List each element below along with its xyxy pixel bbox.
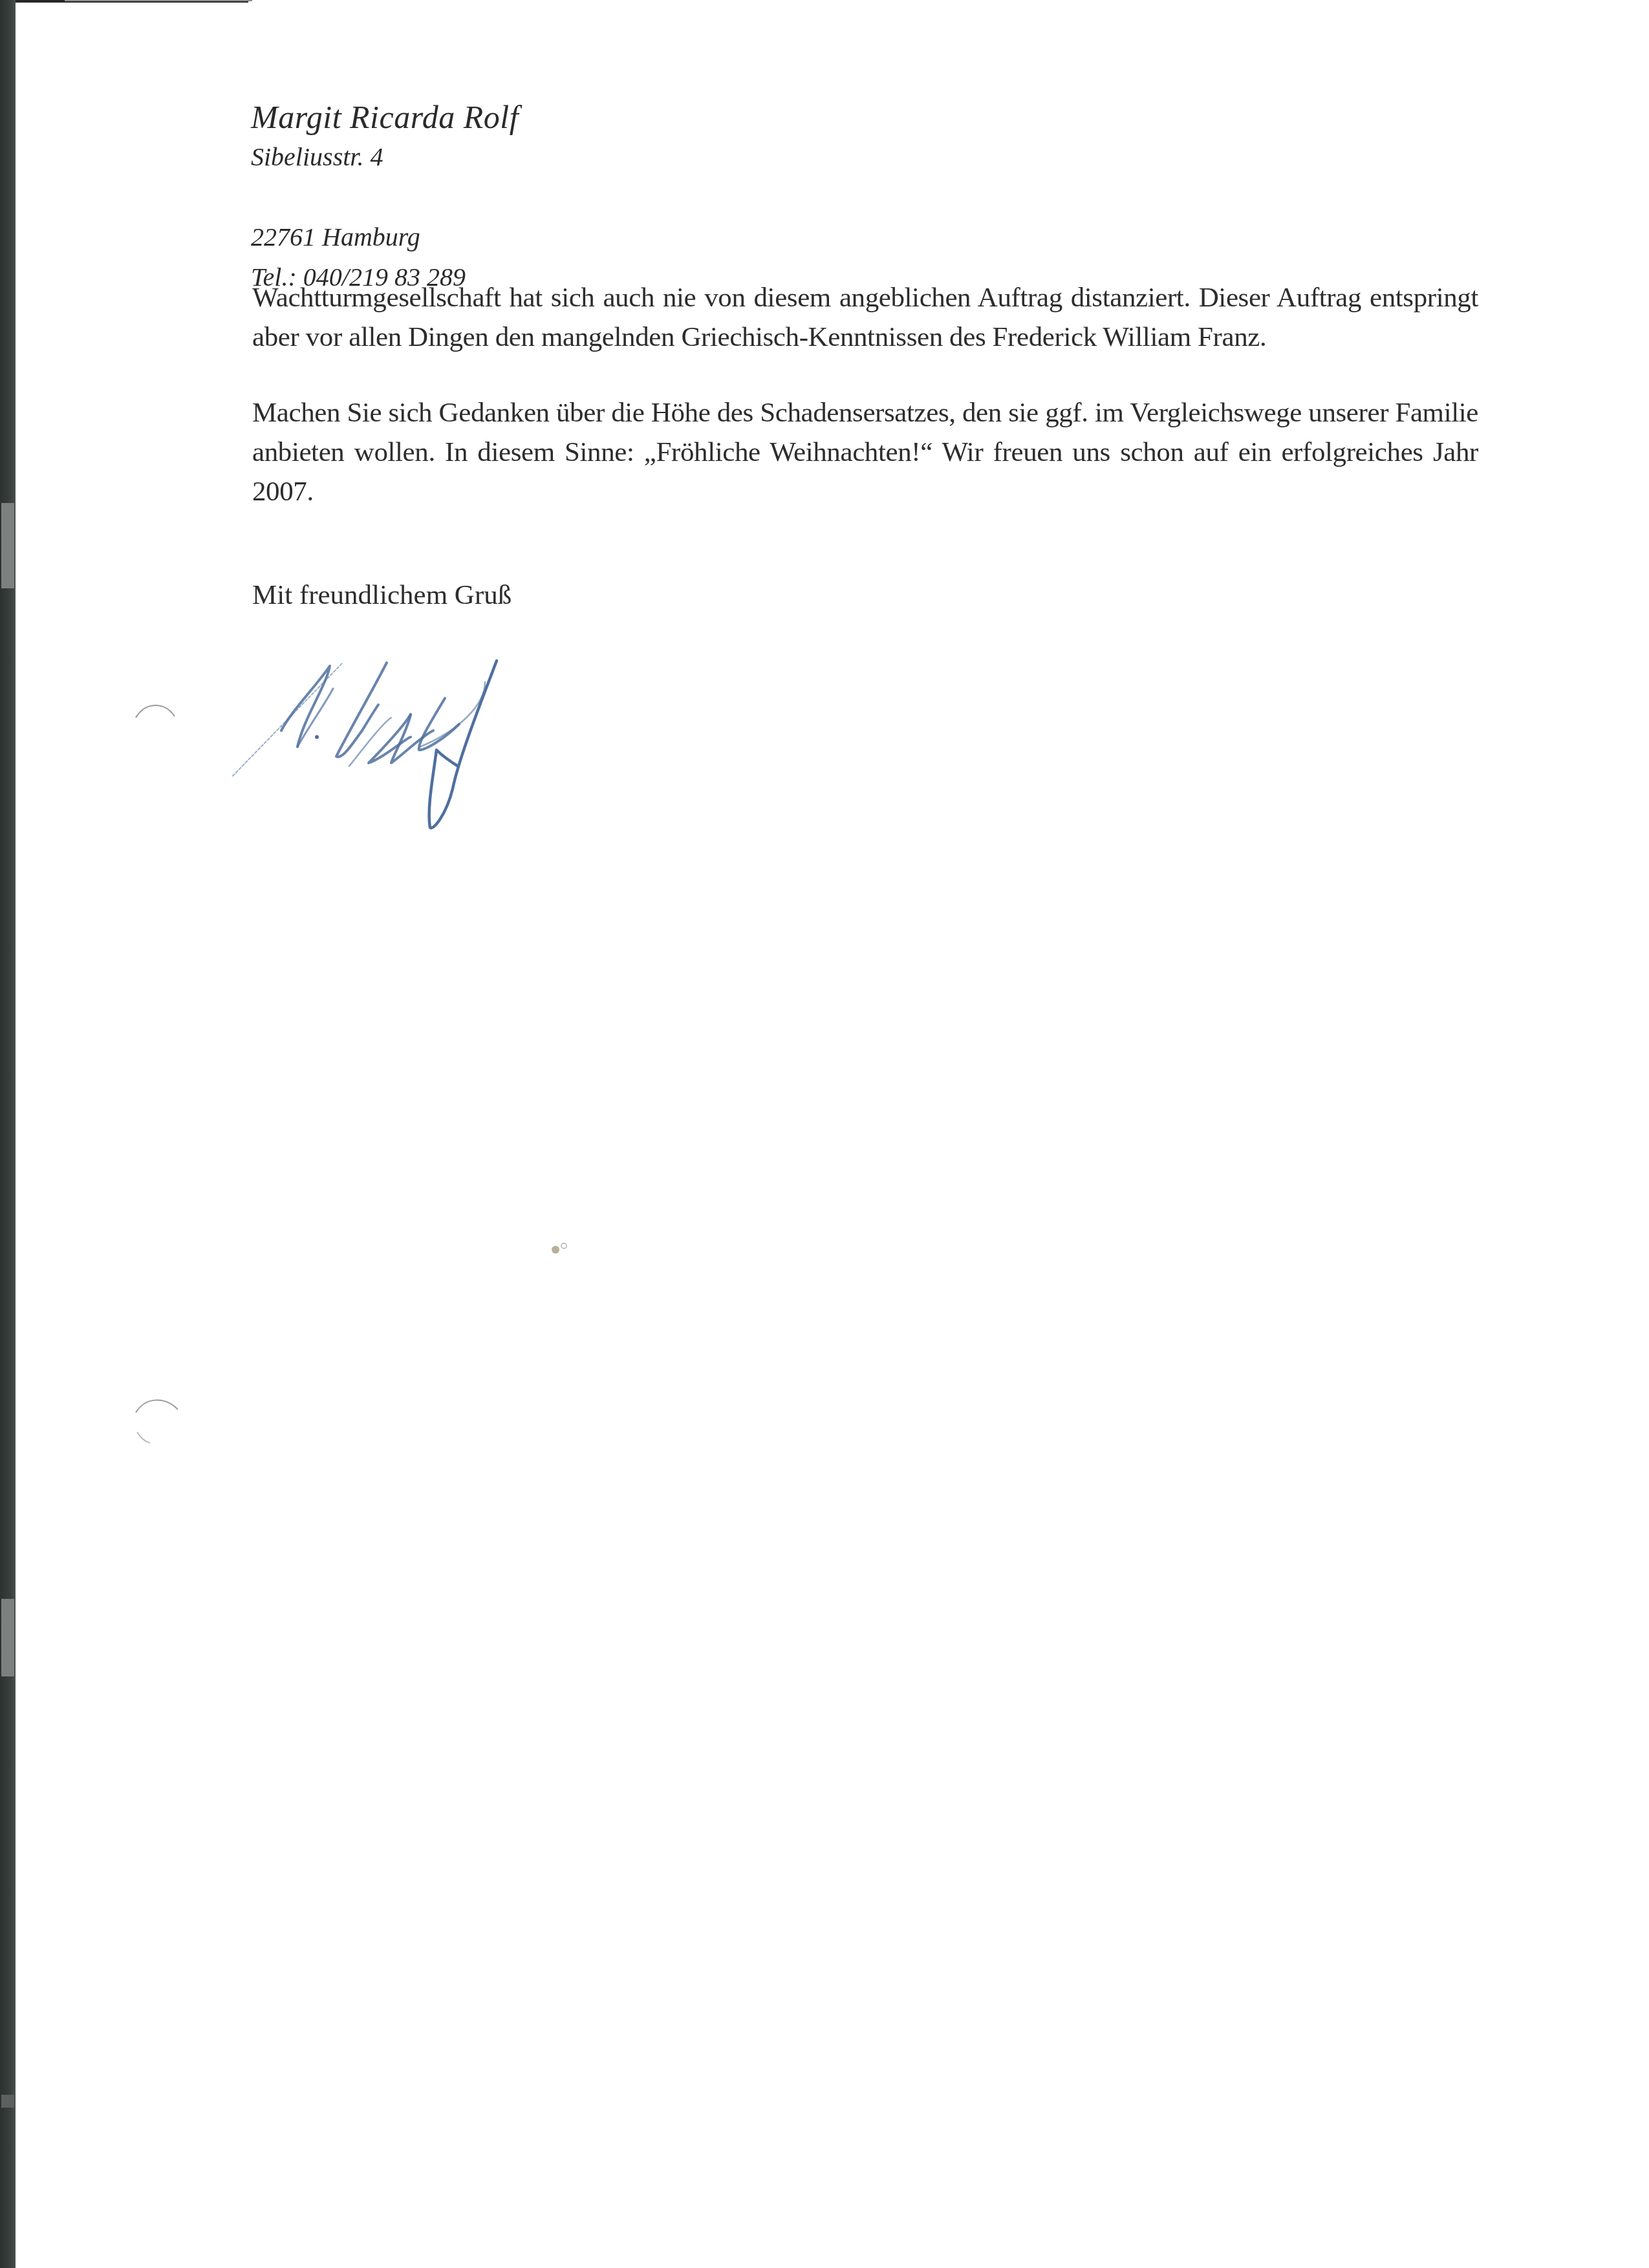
scan-smudge-arc-icon — [129, 1390, 181, 1448]
scan-smudge-arc-icon — [129, 698, 181, 724]
scanner-edge-light-band — [1, 2095, 14, 2108]
scanner-edge-strip — [0, 0, 16, 2268]
sender-address-block: Margit Ricarda Rolf Sibeliusstr. 4 22761… — [251, 97, 519, 297]
scanner-edge-light-band — [1, 503, 14, 588]
body-paragraph: Machen Sie sich Gedanken über die Höhe d… — [252, 393, 1478, 511]
scan-speck-icon — [546, 1238, 572, 1257]
sender-city: 22761 Hamburg — [251, 217, 519, 257]
letter-closing: Mit freundlichem Gruß — [252, 575, 512, 615]
letter-body: Wachtturmgesellschaft hat sich auch nie … — [252, 278, 1478, 548]
scanner-top-edge-faint — [65, 0, 252, 1]
scanner-edge-light-band — [1, 1599, 14, 1676]
body-paragraph: Wachtturmgesellschaft hat sich auch nie … — [252, 278, 1478, 357]
handwritten-signature-icon — [213, 640, 601, 847]
sender-street: Sibeliusstr. 4 — [251, 137, 519, 177]
sender-name: Margit Ricarda Rolf — [251, 97, 519, 137]
address-spacer — [251, 177, 519, 217]
